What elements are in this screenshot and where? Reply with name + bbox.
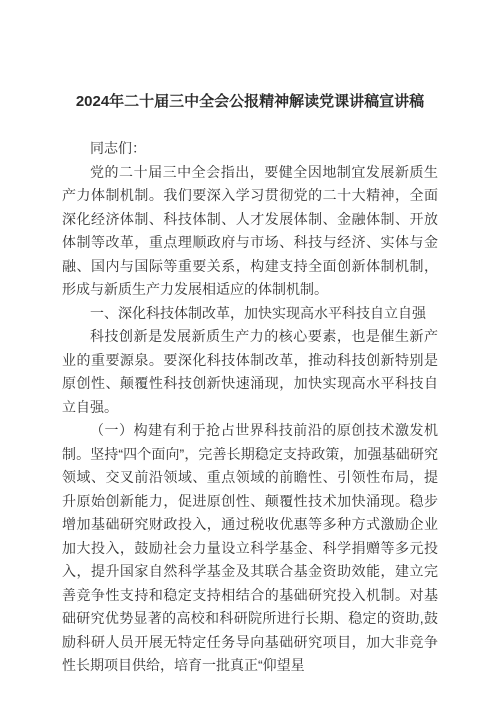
paragraph-intro: 党的二十届三中全会指出，要健全因地制宜发展新质生产力体制机制。我们要深入学习贯彻…	[62, 161, 438, 302]
salutation: 同志们：	[62, 137, 438, 161]
paragraph-original-tech-mechanism: （一）构建有利于抢占世界科技前沿的原创技术激发机制。坚持“四个面向”，完善长期稳…	[62, 419, 438, 678]
document-title: 2024年二十届三中全会公报精神解读党课讲稿宣讲稿	[62, 90, 438, 114]
paragraph-science-innovation: 科技创新是发展新质生产力的核心要素，也是催生新产业的重要源泉。要深化科技体制改革…	[62, 325, 438, 419]
section-heading-1: 一、深化科技体制改革，加快实现高水平科技自立自强	[62, 302, 438, 326]
document-page: 2024年二十届三中全会公报精神解读党课讲稿宣讲稿 同志们： 党的二十届三中全会…	[0, 0, 500, 707]
